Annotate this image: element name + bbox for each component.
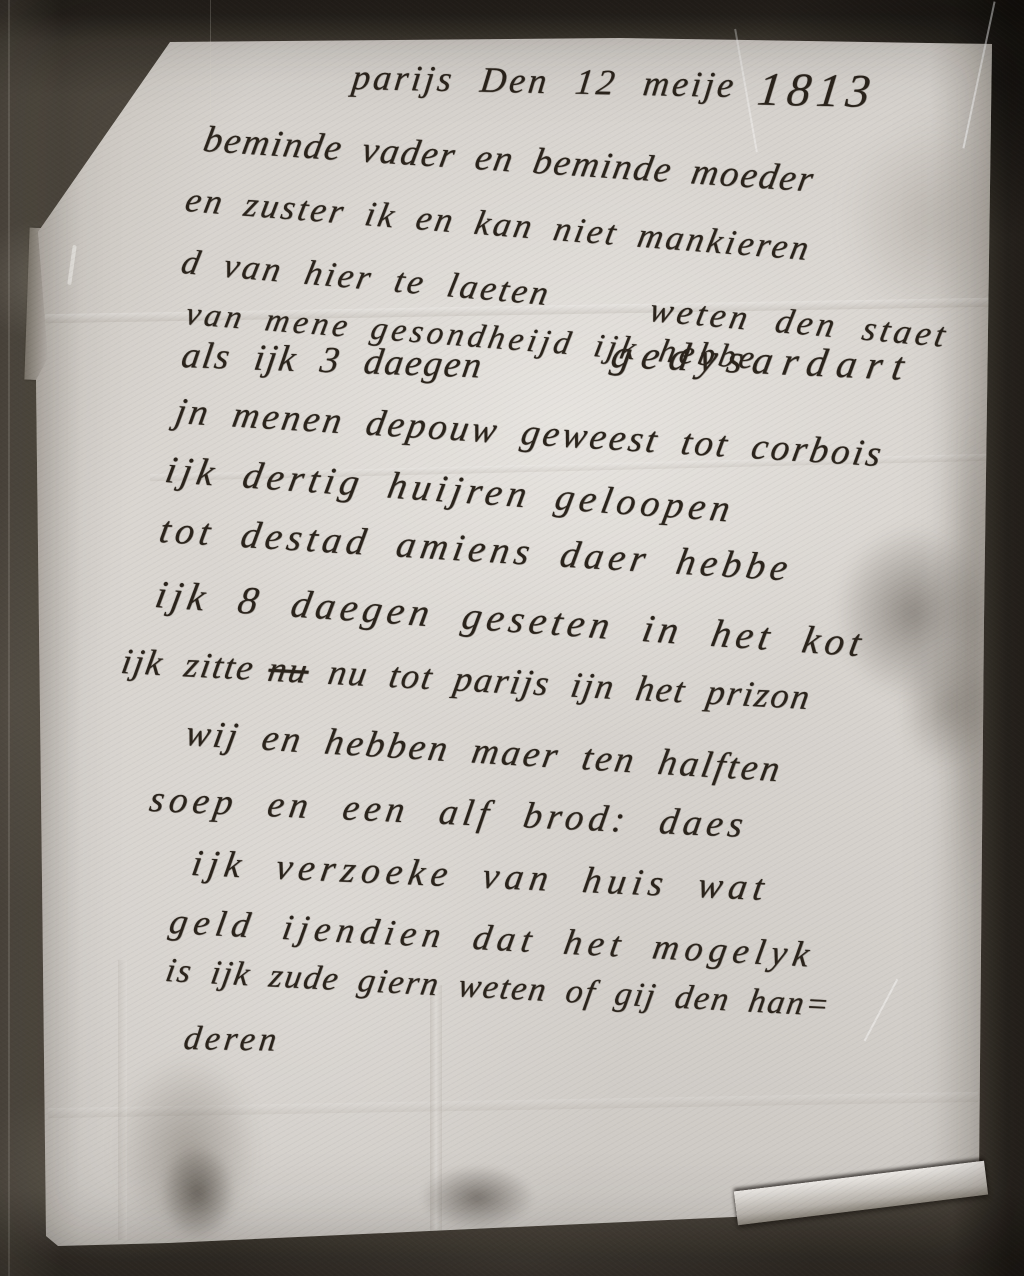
line-text: ijk zitte	[119, 641, 259, 688]
ink-smudge	[835, 525, 990, 700]
struck-word: nu	[265, 649, 312, 691]
letter-line: deren	[181, 1020, 282, 1060]
letter-line: beminde vader en beminde moeder	[200, 118, 819, 201]
letter-paper: parijs Den 12 meije1813 beminde vader en…	[0, 0, 1024, 1276]
line-text: nu tot parijs ijn het prizon	[325, 652, 814, 717]
letter-line: als ijk 3 daegen	[179, 334, 487, 387]
paper-crease	[118, 960, 127, 1240]
screenshot-stage: parijs Den 12 meije1813 beminde vader en…	[0, 0, 1024, 1276]
photo-mount-background: parijs Den 12 meije1813 beminde vader en…	[0, 0, 1024, 1276]
letter-line: gedysardart	[608, 330, 918, 390]
letter-line: tot destad amiens daer hebbe	[156, 508, 796, 590]
ink-smudge	[115, 1055, 260, 1250]
paper-crease	[45, 298, 990, 323]
letter-line: jn menen depouw geweest tot corbois	[172, 390, 887, 476]
letter-line: weten den staet	[646, 290, 953, 356]
letter-line: ijk 8 daegen geseten in het kot	[152, 572, 870, 666]
ink-smudge	[420, 1165, 535, 1230]
scratch-mark	[8, 0, 10, 1276]
letter-line: en zuster ik en kan niet mankieren	[182, 180, 815, 269]
ink-smudge	[900, 640, 995, 770]
dateline-year: 1813	[755, 64, 880, 118]
letter-line: d van hier te laeten	[178, 242, 555, 314]
paper-crease	[0, 61, 52, 277]
letter-line: soep en een alf brod: daes	[146, 778, 751, 847]
letter-line: ijk verzoeke van huis wat	[188, 842, 773, 910]
letter-dateline: parijs Den 12 meije1813	[349, 54, 880, 119]
letter-line: geld ijendien dat het mogelyk	[166, 900, 818, 975]
letter-line: is ijk zude giern weten of gij den han=	[163, 952, 834, 1025]
paper-stain	[845, 115, 1010, 325]
dateline-place-date: parijs Den 12 meije	[350, 57, 739, 105]
letter-line-with-strikethrough: ijk zittenunu tot parijs ijn het prizon	[118, 640, 814, 718]
letter-line: van mene gesondheijd ijk hebbe	[182, 296, 761, 378]
letter-line: wij en hebben maer ten halften	[182, 712, 786, 791]
paper-crease	[150, 454, 990, 482]
paper-crease	[430, 985, 442, 1243]
ink-smudge	[160, 1145, 235, 1240]
paper-crease	[48, 1092, 978, 1118]
letter-line: ijk dertig huijren geloopen	[162, 448, 739, 531]
paper-stain	[950, 390, 995, 910]
